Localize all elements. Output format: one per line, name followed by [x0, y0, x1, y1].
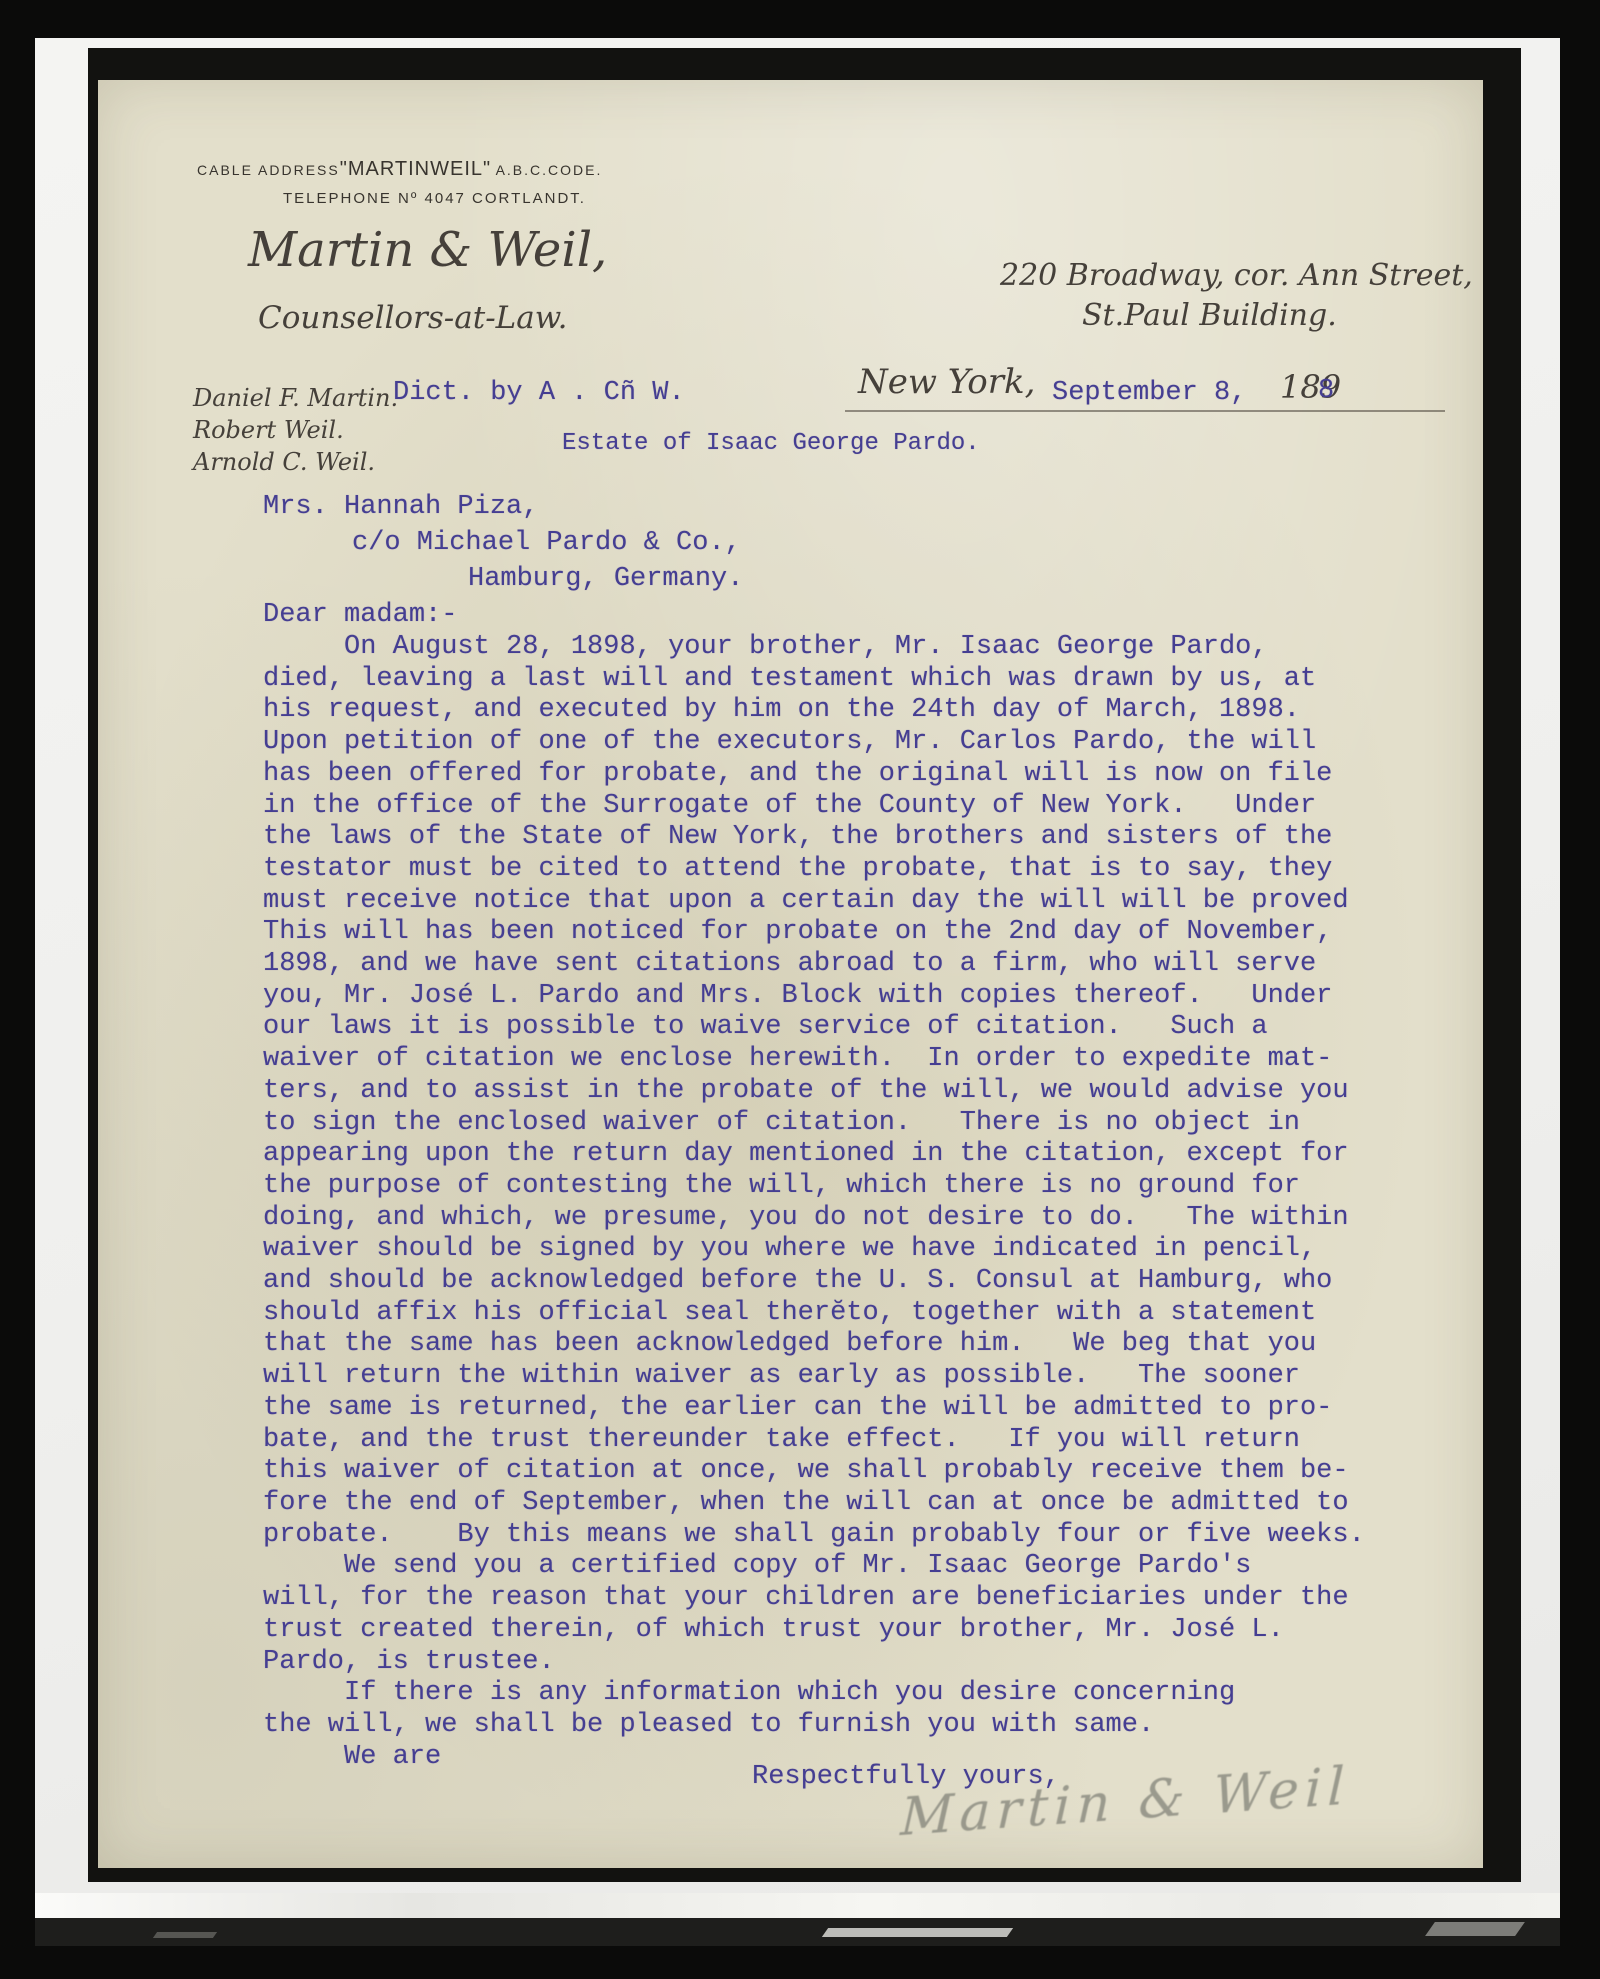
firm-name: Martin & Weil, — [248, 222, 607, 278]
office-address-line1: 220 Broadway, cor. Ann Street, — [1000, 258, 1473, 293]
glare-sliver — [1425, 1922, 1525, 1936]
telephone-line: TELEPHONE Nº 4047 CORTLANDT. — [283, 190, 586, 207]
partner-name-3: Arnold C. Weil. — [193, 448, 375, 476]
typed-date: September 8, — [1052, 378, 1246, 408]
date-fill-line — [845, 410, 1445, 412]
salutation: Dear madam:- — [263, 600, 457, 630]
recipient-care-of: c/o Michael Pardo & Co., — [352, 528, 741, 558]
dictation-note: Dict. by A . Cñ W. — [393, 378, 685, 408]
cable-prefix: CABLE ADDRESS — [197, 162, 340, 178]
partner-name-1: Daniel F. Martin. — [193, 384, 398, 412]
glare-sliver — [822, 1928, 1013, 1937]
recipient-name: Mrs. Hannah Piza, — [263, 492, 538, 522]
letter-body: On August 28, 1898, your brother, Mr. Is… — [263, 632, 1365, 1773]
office-address-line2: St.Paul Building. — [1082, 298, 1337, 333]
partner-name-2: Robert Weil. — [193, 416, 344, 444]
page-edge-highlight — [35, 1893, 1560, 1918]
firm-subtitle: Counsellors-at-Law. — [258, 300, 567, 336]
subject-line: Estate of Isaac George Pardo. — [562, 430, 980, 457]
glass-edge-shadow — [35, 1918, 1560, 1946]
city-printed: New York, — [858, 362, 1035, 402]
cable-suffix: A.B.C.CODE. — [496, 162, 603, 178]
scanned-letter-photo: CABLE ADDRESS"MARTINWEIL" A.B.C.CODE. TE… — [0, 0, 1600, 1979]
cable-address-line: CABLE ADDRESS"MARTINWEIL" A.B.C.CODE. — [197, 158, 602, 181]
glare-sliver — [153, 1932, 217, 1938]
recipient-city: Hamburg, Germany. — [468, 564, 743, 594]
typed-year-digit: 8 — [1318, 376, 1334, 406]
cable-name: "MARTINWEIL" — [340, 158, 491, 180]
